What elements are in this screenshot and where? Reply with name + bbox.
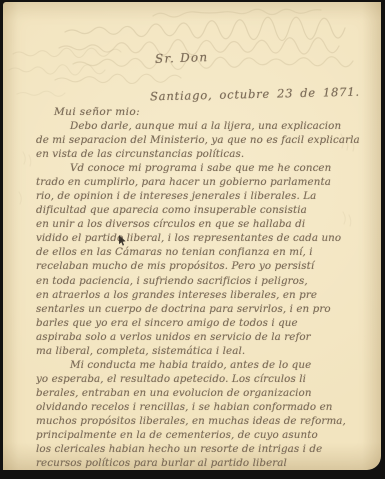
- letter-line: muchos propósitos liberales, en muchas i…: [36, 414, 374, 428]
- letter-line: principalmente en la de cementerios, de …: [36, 428, 374, 442]
- letter-dateline: Santiago, octubre 23 de 1871.: [150, 85, 360, 104]
- letter-paper: Sr. Don Santiago, octubre 23 de 1871. Mu…: [3, 2, 381, 470]
- letter-line: olvidando recelos i rencillas, i se habi…: [36, 400, 374, 414]
- letter-line: en unir a los diversos círculos en que s…: [36, 217, 374, 231]
- letter-line: Vd conoce mi programa i sabe que me he c…: [36, 161, 374, 175]
- letter-line: recursos políticos para burlar al partid…: [36, 456, 374, 470]
- letter-line: dificultad que aparecia como insuperable…: [36, 203, 374, 217]
- letter-line: Mi conducta me habia traido, antes de lo…: [36, 358, 374, 372]
- letter-line: los clericales habian hecho un resorte d…: [36, 442, 374, 456]
- letter-line: barles que yo era el sincero amigo de to…: [36, 316, 374, 330]
- letter-line: aspiraba solo a verlos unidos en servici…: [36, 330, 374, 344]
- letter-line: de ellos en las Cámaras no tenian confia…: [36, 245, 374, 259]
- letter-line: vidido el partido liberal, i los represe…: [36, 231, 374, 245]
- mouse-cursor-icon: [119, 235, 128, 247]
- letter-heading: Sr. Don: [155, 50, 209, 66]
- letter-line: sentarles un cuerpo de doctrina para ser…: [36, 302, 374, 316]
- scanned-letter-page: Sr. Don Santiago, octubre 23 de 1871. Mu…: [0, 0, 385, 479]
- letter-line: en toda paciencia, i sufriendo sacrifici…: [36, 274, 374, 288]
- letter-line: ma liberal, completa, sistemática i leal…: [36, 344, 374, 358]
- letter-body: Debo darle, aunque mui a la lijera, una …: [36, 119, 374, 470]
- letter-line: yo esperaba, el resultado apetecido. Los…: [36, 372, 374, 386]
- letter-line: de mi separacion del Ministerio, ya que …: [36, 133, 374, 147]
- letter-line: en vista de las circunstancias políticas…: [36, 147, 374, 161]
- letter-line: berales, entraban en una evolucion de or…: [36, 386, 374, 400]
- letter-line: trado en cumplirlo, para hacer un gobier…: [36, 175, 374, 189]
- letter-line: en atraerlos a los grandes intereses lib…: [36, 288, 374, 302]
- letter-line: Debo darle, aunque mui a la lijera, una …: [36, 119, 374, 133]
- letter-salutation: Mui señor mio:: [54, 106, 140, 118]
- letter-line: recelaban mucho de mis propósitos. Pero …: [36, 259, 374, 273]
- letter-line: rio, de opinion i de intereses jenerales…: [36, 189, 374, 203]
